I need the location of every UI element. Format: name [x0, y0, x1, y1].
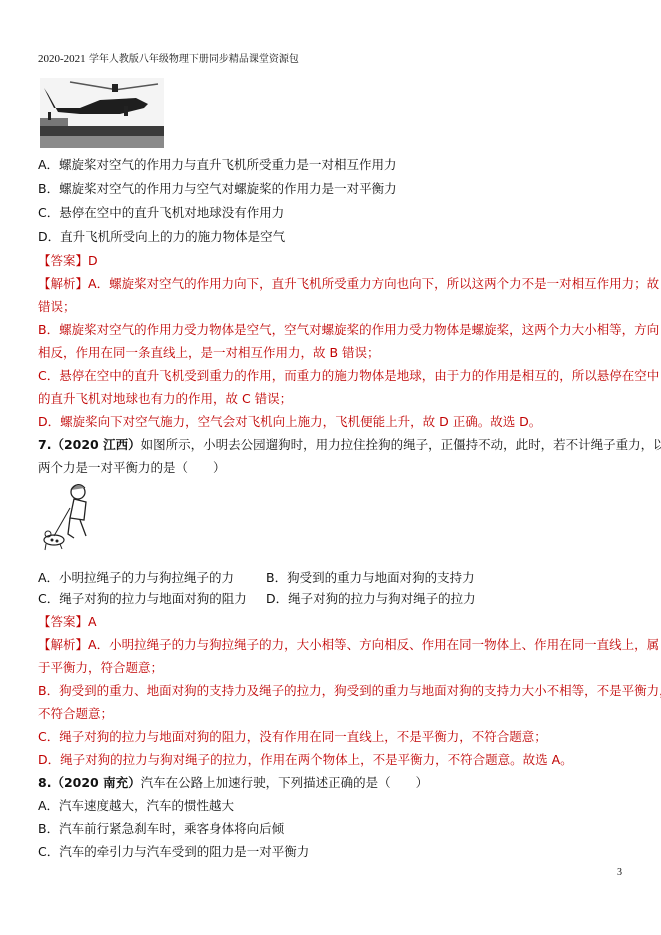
q8-option-c: C．汽车的牵引力与汽车受到的阻力是一对平衡力: [38, 844, 309, 860]
q7-analysis-line-4: 不符合题意；: [38, 706, 113, 722]
analysis-label: 【解析】: [38, 276, 88, 291]
q7-option-d: D．绳子对狗的拉力与狗对绳子的拉力: [266, 591, 476, 607]
q6-analysis-line-2: 错误；: [38, 299, 76, 315]
question-number: 7.: [38, 437, 51, 452]
analysis-label: 【解析】: [38, 637, 88, 652]
question-source: （2020 江西）: [51, 437, 140, 452]
q7-analysis-line-3: B．狗受到的重力、地面对狗的支持力及绳子的拉力，狗受到的重力与地面对狗的支持力大…: [38, 683, 661, 699]
question-stem: 如图所示，小明去公园遛狗时，用力拉住拴狗的绳子，正僵持不动，此时，若不计绳子重力…: [141, 437, 661, 452]
q7-analysis-line-2: 于平衡力，符合题意；: [38, 660, 163, 676]
q7-stem-line-1: 7.（2020 江西）如图所示，小明去公园遛狗时，用力拉住拴狗的绳子，正僵持不动…: [38, 437, 661, 453]
answer-value: D: [88, 253, 98, 268]
page-header: 2020-2021 学年人教版八年级物理下册同步精品课堂资源包: [38, 50, 299, 65]
q7-option-b: B．狗受到的重力与地面对狗的支持力: [266, 570, 475, 586]
helicopter-image: [40, 78, 164, 148]
q6-option-a: A．螺旋桨对空气的作用力与直升飞机所受重力是一对相互作用力: [38, 157, 397, 173]
q7-option-c: C．绳子对狗的拉力与地面对狗的阻力: [38, 591, 247, 607]
header-title: 学年人教版八年级物理下册同步精品课堂资源包: [89, 54, 299, 65]
q6-option-b: B．螺旋桨对空气的作用力与空气对螺旋桨的作用力是一对平衡力: [38, 181, 397, 197]
q7-option-a: A．小明拉绳子的力与狗拉绳子的力: [38, 570, 234, 586]
document-page: 2020-2021 学年人教版八年级物理下册同步精品课堂资源包 A．螺旋桨对空气…: [0, 0, 661, 935]
q7-answer: 【答案】A: [38, 614, 97, 630]
page-number: 3: [617, 867, 622, 878]
q6-answer: 【答案】D: [38, 253, 98, 269]
boy-walking-dog-image: [40, 478, 104, 556]
q6-analysis-line-4: 相反，作用在同一条直线上，是一对相互作用力，故 B 错误；: [38, 345, 380, 361]
q6-analysis-line-5: C．悬停在空中的直升飞机受到重力的作用，而重力的施力物体是地球，由于力的作用是相…: [38, 368, 659, 384]
header-year: 2020-2021: [38, 53, 86, 65]
q6-analysis-line-7: D．螺旋桨向下对空气施力，空气会对飞机向上施力，飞机便能上升，故 D 正确。故选…: [38, 414, 541, 430]
q8-option-a: A．汽车速度越大，汽车的惯性越大: [38, 798, 234, 814]
q6-option-d: D．直升飞机所受向上的力的施力物体是空气: [38, 229, 285, 245]
q7-analysis-line-6: D．绳子对狗的拉力与狗对绳子的拉力，作用在两个物体上，不是平衡力，不符合题意。故…: [38, 752, 573, 768]
q6-option-c: C．悬停在空中的直升飞机对地球没有作用力: [38, 205, 284, 221]
analysis-text: A．小明拉绳子的力与狗拉绳子的力，大小相等、方向相反、作用在同一物体上、作用在同…: [88, 637, 659, 652]
question-source: （2020 南充）: [51, 775, 140, 790]
answer-value: A: [88, 614, 97, 629]
q6-analysis-line-3: B．螺旋桨对空气的作用力受力物体是空气，空气对螺旋桨的作用力受力物体是螺旋桨，这…: [38, 322, 659, 338]
question-number: 8.: [38, 775, 51, 790]
q7-analysis-line-5: C．绳子对狗的拉力与地面对狗的阻力，没有作用在同一直线上，不是平衡力，不符合题意…: [38, 729, 547, 745]
q6-analysis-line-1: 【解析】A．螺旋桨对空气的作用力向下，直升飞机所受重力方向也向下，所以这两个力不…: [38, 276, 661, 292]
question-stem: 汽车在公路上加速行驶，下列描述正确的是（ ）: [141, 775, 429, 790]
q8-stem: 8.（2020 南充）汽车在公路上加速行驶，下列描述正确的是（ ）: [38, 775, 428, 791]
q6-analysis-line-6: 的直升飞机对地球也有力的作用，故 C 错误；: [38, 391, 292, 407]
analysis-text: A．螺旋桨对空气的作用力向下，直升飞机所受重力方向也向下，所以这两个力不是一对相…: [88, 276, 661, 291]
q7-analysis-line-1: 【解析】A．小明拉绳子的力与狗拉绳子的力，大小相等、方向相反、作用在同一物体上、…: [38, 637, 659, 653]
answer-label: 【答案】: [38, 253, 88, 268]
q8-option-b: B．汽车前行紧急刹车时，乘客身体将向后倾: [38, 821, 284, 837]
q7-stem-line-2: 两个力是一对平衡力的是（ ）: [38, 460, 226, 476]
answer-label: 【答案】: [38, 614, 88, 629]
